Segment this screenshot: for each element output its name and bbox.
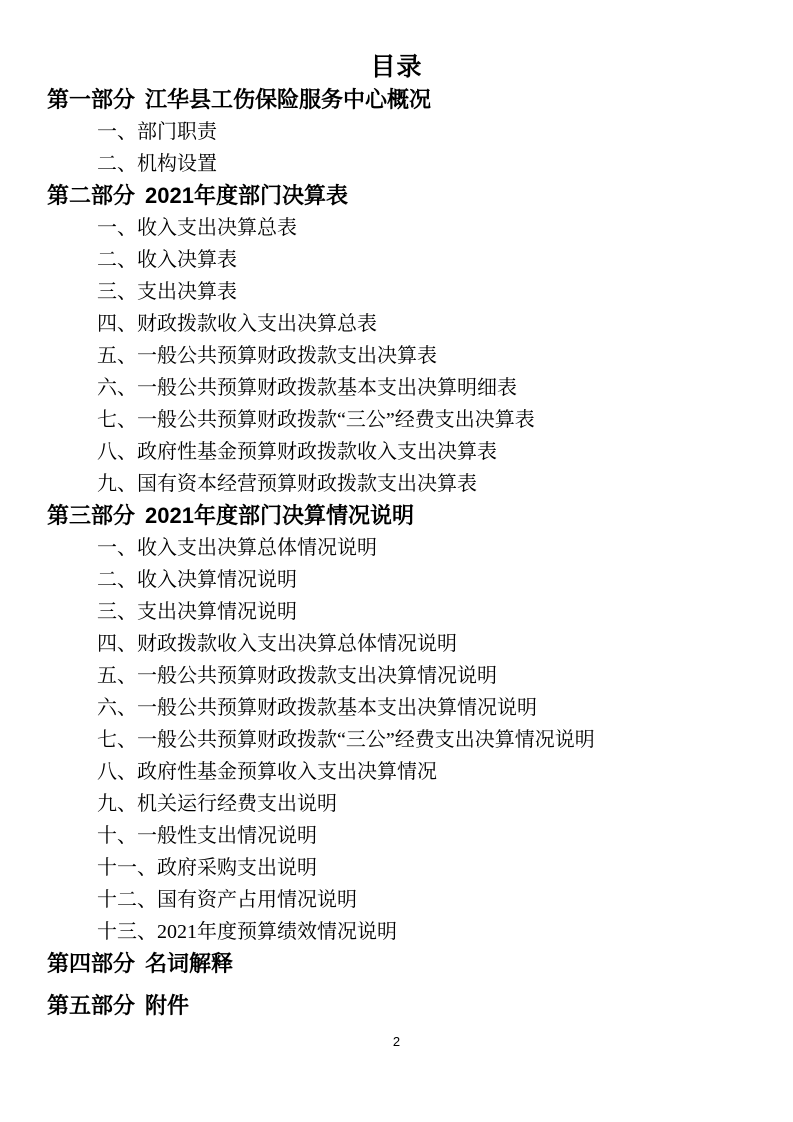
page-number: 2 (0, 1034, 793, 1049)
toc-section-heading-3: 第三部分2021年度部门决算情况说明 (47, 500, 793, 532)
toc-item: 一、部门职责 (97, 116, 793, 148)
toc-item: 一、收入支出决算总表 (97, 212, 793, 244)
toc-section-heading-5: 第五部分附件 (47, 990, 793, 1022)
section-title: 2021年度部门决算表 (145, 183, 348, 208)
toc-section-heading-4: 第四部分名词解释 (47, 948, 793, 980)
toc-item: 十、一般性支出情况说明 (97, 820, 793, 852)
section-label: 第二部分 (47, 183, 135, 208)
toc-item: 八、政府性基金预算收入支出决算情况 (97, 756, 793, 788)
toc-section-heading-1: 第一部分江华县工伤保险服务中心概况 (47, 84, 793, 116)
toc-item: 七、一般公共预算财政拨款“三公”经费支出决算表 (97, 404, 793, 436)
document-page: 目录 第一部分江华县工伤保险服务中心概况 一、部门职责 二、机构设置 第二部分2… (0, 0, 793, 1122)
toc-item: 二、收入决算情况说明 (97, 564, 793, 596)
toc-item: 四、财政拨款收入支出决算总体情况说明 (97, 628, 793, 660)
toc-item: 五、一般公共预算财政拨款支出决算情况说明 (97, 660, 793, 692)
toc-item: 三、支出决算情况说明 (97, 596, 793, 628)
section-label: 第四部分 (47, 951, 135, 976)
toc-item: 七、一般公共预算财政拨款“三公”经费支出决算情况说明 (97, 724, 793, 756)
toc-item: 十三、2021年度预算绩效情况说明 (97, 916, 793, 948)
toc-item: 十二、国有资产占用情况说明 (97, 884, 793, 916)
toc-section-heading-2: 第二部分2021年度部门决算表 (47, 180, 793, 212)
toc-item: 一、收入支出决算总体情况说明 (97, 532, 793, 564)
toc-item: 十一、政府采购支出说明 (97, 852, 793, 884)
toc-item: 九、国有资本经营预算财政拨款支出决算表 (97, 468, 793, 500)
section-label: 第一部分 (47, 87, 135, 112)
toc-item: 二、机构设置 (97, 148, 793, 180)
toc-item: 八、政府性基金预算财政拨款收入支出决算表 (97, 436, 793, 468)
toc-item: 三、支出决算表 (97, 276, 793, 308)
section-title: 2021年度部门决算情况说明 (145, 503, 414, 528)
section-label: 第三部分 (47, 503, 135, 528)
toc-title: 目录 (0, 50, 793, 84)
toc-item: 四、财政拨款收入支出决算总表 (97, 308, 793, 340)
toc-item: 二、收入决算表 (97, 244, 793, 276)
section-title: 江华县工伤保险服务中心概况 (145, 87, 431, 112)
section-title: 名词解释 (145, 951, 233, 976)
toc-item: 五、一般公共预算财政拨款支出决算表 (97, 340, 793, 372)
toc-item: 九、机关运行经费支出说明 (97, 788, 793, 820)
toc-item: 六、一般公共预算财政拨款基本支出决算明细表 (97, 372, 793, 404)
section-title: 附件 (145, 993, 189, 1018)
toc-item: 六、一般公共预算财政拨款基本支出决算情况说明 (97, 692, 793, 724)
section-label: 第五部分 (47, 993, 135, 1018)
